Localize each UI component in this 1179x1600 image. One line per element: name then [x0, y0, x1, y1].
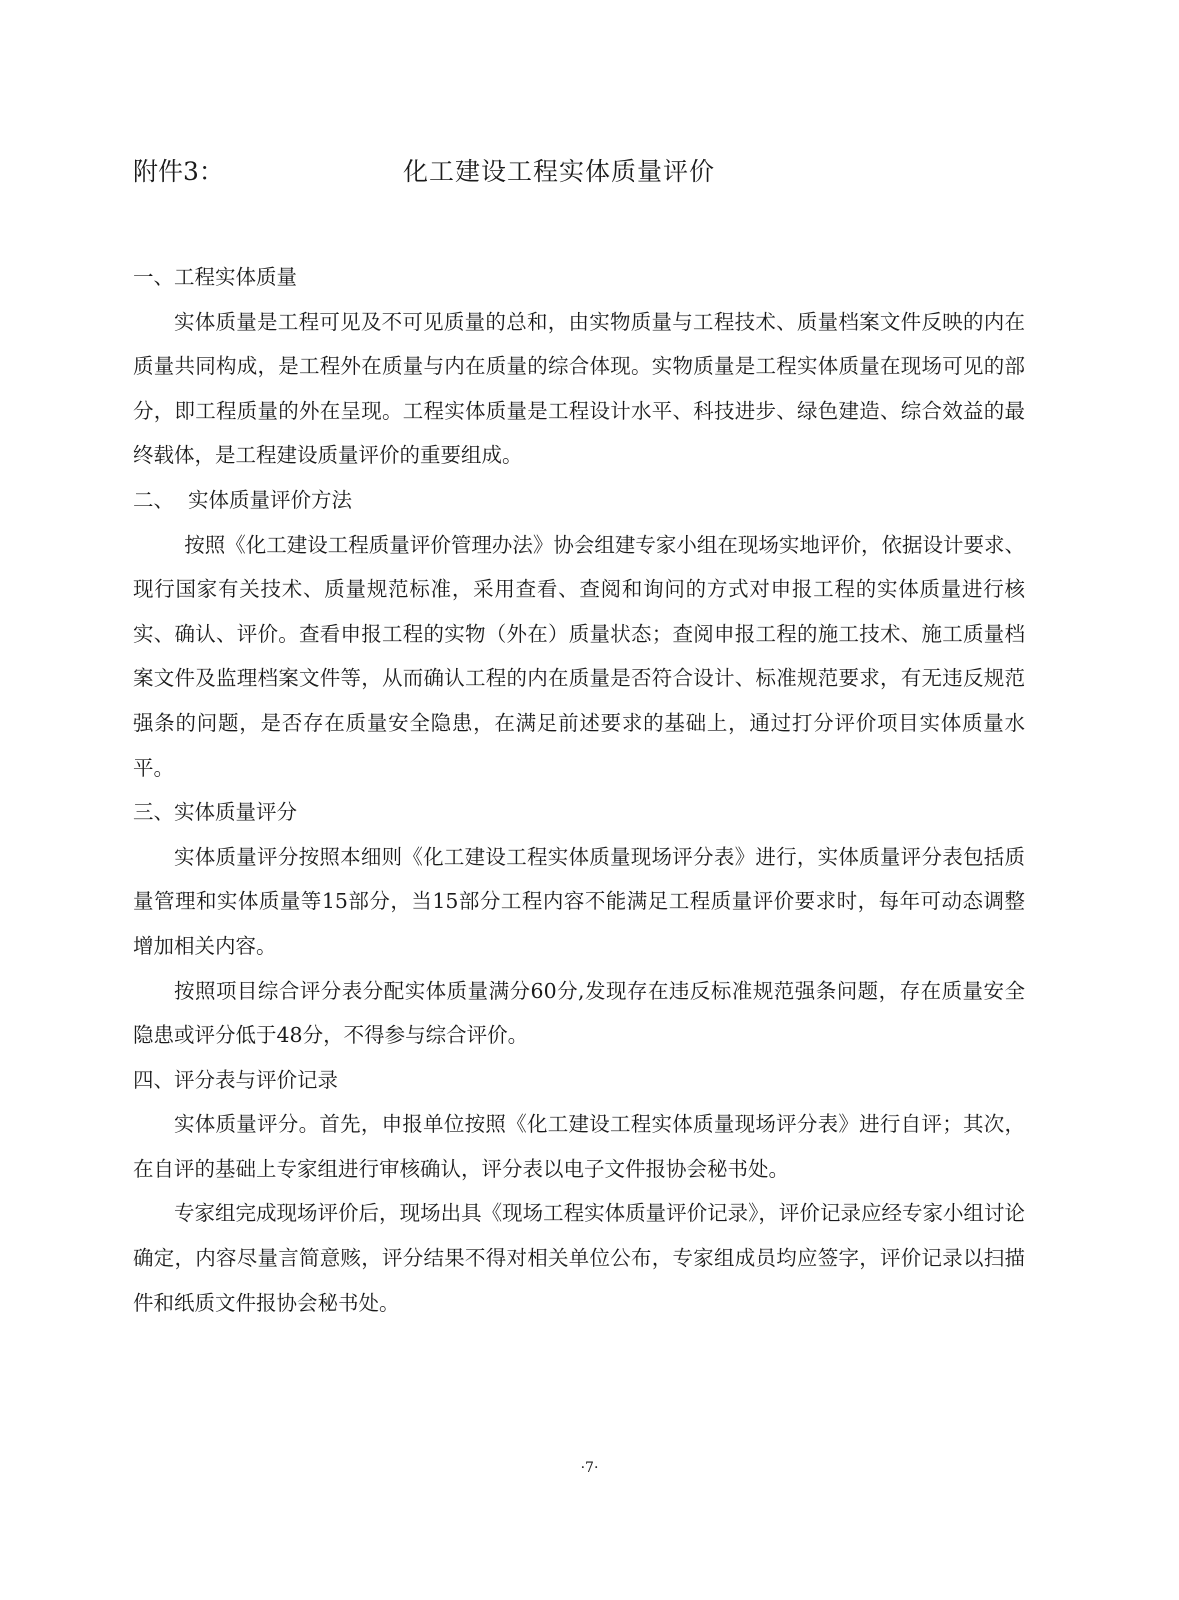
paragraph: 按照《化工建设工程质量评价管理办法》协会组建专家小组在现场实地评价，依据设计要求…: [133, 523, 1025, 791]
section-evaluation-method: 二、实体质量评价方法 按照《化工建设工程质量评价管理办法》协会组建专家小组在现场…: [133, 478, 1025, 790]
attachment-label: 附件3：: [133, 152, 224, 192]
document-page: 附件3： 化工建设工程实体质量评价 一、工程实体质量 实体质量是工程可见及不可见…: [0, 0, 1179, 1600]
section-number: 二、: [133, 488, 174, 512]
title-row: 附件3： 化工建设工程实体质量评价: [133, 152, 1033, 196]
section-heading: 一、工程实体质量: [133, 255, 1025, 300]
page-number: ·7·: [0, 1458, 1179, 1478]
document-body: 一、工程实体质量 实体质量是工程可见及不可见质量的总和，由实物质量与工程技术、质…: [133, 255, 1025, 1325]
section-score-table-and-records: 四、评分表与评价记录 实体质量评分。首先，申报单位按照《化工建设工程实体质量现场…: [133, 1058, 1025, 1326]
section-heading: 三、实体质量评分: [133, 790, 1025, 835]
paragraph: 实体质量是工程可见及不可见质量的总和，由实物质量与工程技术、质量档案文件反映的内…: [133, 300, 1025, 478]
paragraph: 专家组完成现场评价后，现场出具《现场工程实体质量评价记录》，评价记录应经专家小组…: [133, 1191, 1025, 1325]
document-title: 化工建设工程实体质量评价: [403, 152, 715, 192]
section-entity-quality: 一、工程实体质量 实体质量是工程可见及不可见质量的总和，由实物质量与工程技术、质…: [133, 255, 1025, 478]
section-heading-text: 实体质量评价方法: [188, 488, 352, 512]
section-scoring: 三、实体质量评分 实体质量评分按照本细则《化工建设工程实体质量现场评分表》进行，…: [133, 790, 1025, 1058]
section-heading: 四、评分表与评价记录: [133, 1058, 1025, 1103]
paragraph: 按照项目综合评分表分配实体质量满分60分,发现存在违反标准规范强条问题，存在质量…: [133, 969, 1025, 1058]
paragraph: 实体质量评分。首先，申报单位按照《化工建设工程实体质量现场评分表》进行自评；其次…: [133, 1102, 1025, 1191]
paragraph: 实体质量评分按照本细则《化工建设工程实体质量现场评分表》进行，实体质量评分表包括…: [133, 835, 1025, 969]
section-heading: 二、实体质量评价方法: [133, 478, 1025, 523]
